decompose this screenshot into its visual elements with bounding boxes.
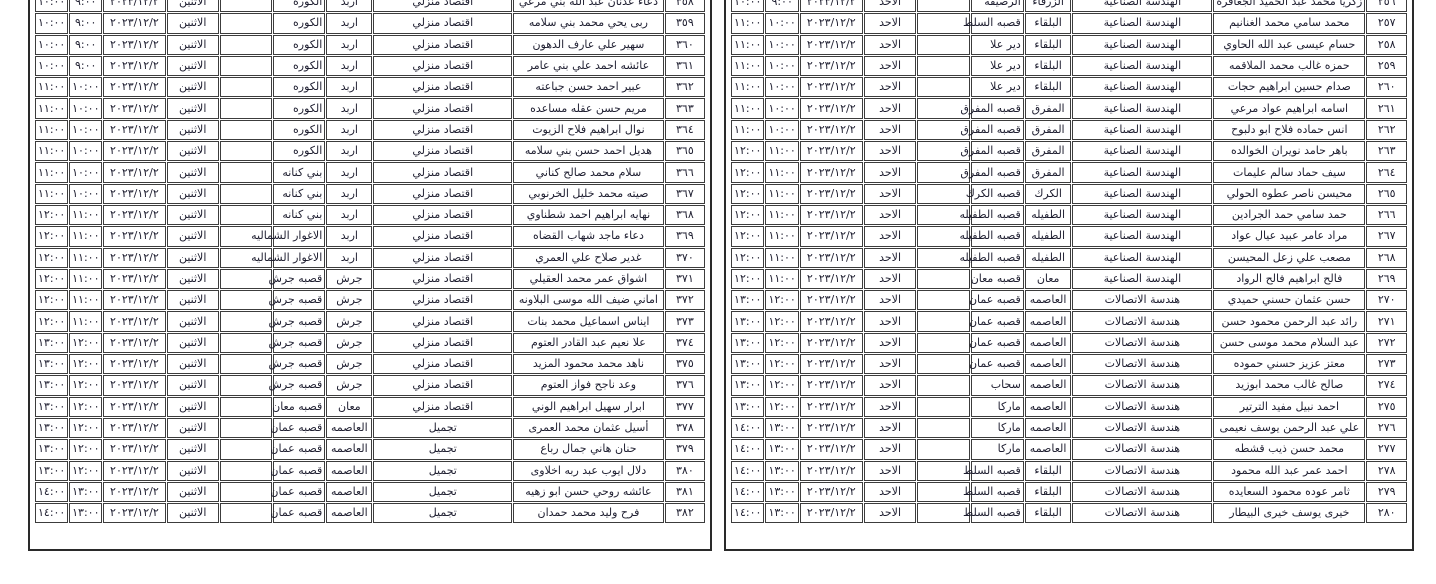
cell-candidate-name: علي عبد الرحمن يوسف نعيمى	[1213, 418, 1365, 438]
cell-exam-date: ٢٠٢٣/١٢/٢	[800, 397, 863, 417]
cell-serial-number: ٢٦٨	[1366, 248, 1407, 268]
cell-time-to: ١٠:٠٠	[731, 0, 764, 12]
cell-specialty: اقتصاد منزلي	[373, 205, 512, 225]
cell-district: قصبه معان	[273, 397, 325, 417]
cell-exam-date: ٢٠٢٣/١٢/٢	[103, 333, 165, 353]
cell-governorate: اربد	[326, 205, 372, 225]
cell-exam-day: الاثنين	[167, 482, 219, 502]
cell-district: دير علا	[971, 35, 1024, 55]
cell-serial-number: ٢٦٦	[1366, 205, 1407, 225]
cell-time-from: ١٢:٠٠	[765, 290, 798, 310]
cell-empty	[220, 503, 272, 523]
cell-empty	[220, 311, 272, 331]
cell-time-to: ١٠:٠٠	[35, 35, 68, 55]
cell-serial-number: ٣٧٨	[665, 418, 705, 438]
cell-governorate: اربد	[326, 77, 372, 97]
cell-time-to: ١٢:٠٠	[35, 269, 68, 289]
cell-time-from: ١٢:٠٠	[765, 375, 798, 395]
cell-exam-day: الاحد	[864, 397, 917, 417]
cell-specialty: الهندسة الصناعية	[1072, 56, 1212, 76]
cell-district: ماركا	[971, 418, 1024, 438]
cell-serial-number: ٣٦٢	[665, 77, 705, 97]
cell-candidate-name: غدير صلاح علي العمري	[513, 248, 664, 268]
cell-district: ماركا	[971, 397, 1024, 417]
cell-time-to: ١١:٠٠	[35, 98, 68, 118]
cell-exam-day: الاحد	[864, 375, 917, 395]
cell-empty	[220, 0, 272, 12]
cell-specialty: تجميل	[373, 503, 512, 523]
cell-time-from: ١٠:٠٠	[765, 77, 798, 97]
cell-specialty: الهندسة الصناعية	[1072, 162, 1212, 182]
cell-time-from: ١٣:٠٠	[69, 503, 102, 523]
cell-specialty: هندسة الاتصالات	[1072, 418, 1212, 438]
cell-time-to: ١٤:٠٠	[731, 418, 764, 438]
cell-exam-date: ٢٠٢٣/١٢/٢	[800, 162, 863, 182]
cell-exam-date: ٢٠٢٣/١٢/٢	[103, 0, 165, 12]
cell-governorate: اربد	[326, 13, 372, 33]
cell-serial-number: ٣٨١	[665, 482, 705, 502]
cell-empty	[917, 184, 970, 204]
cell-time-from: ١٣:٠٠	[765, 461, 798, 481]
cell-time-to: ١١:٠٠	[35, 141, 68, 161]
cell-exam-day: الاحد	[864, 35, 917, 55]
cell-time-to: ١٣:٠٠	[35, 354, 68, 374]
cell-serial-number: ٢٨٠	[1366, 503, 1407, 523]
table-row: ١٣:٠٠ ١٢:٠٠ ٢٠٢٣/١٢/٢ الاثنين قصبه جرش ج…	[35, 354, 705, 374]
cell-governorate: العاصمه	[1025, 311, 1072, 331]
cell-serial-number: ٢٦٤	[1366, 162, 1407, 182]
cell-candidate-name: اسامه ابراهيم عواد مرعي	[1213, 98, 1365, 118]
cell-empty	[220, 375, 272, 395]
table-row: ١١:٠٠ ١٠:٠٠ ٢٠٢٣/١٢/٢ الاثنين الكوره ارب…	[35, 77, 705, 97]
cell-exam-day: الاحد	[864, 418, 917, 438]
cell-district: الرصيفه	[971, 0, 1024, 12]
cell-governorate: البلقاء	[1025, 13, 1072, 33]
table-row: ١٢:٠٠ ١١:٠٠ ٢٠٢٣/١٢/٢ الاثنين قصبه جرش ج…	[35, 269, 705, 289]
cell-district: الاغوار الشماليه	[273, 226, 325, 246]
cell-serial-number: ٣٦٩	[665, 226, 705, 246]
cell-specialty: هندسة الاتصالات	[1072, 503, 1212, 523]
cell-exam-day: الاحد	[864, 354, 917, 374]
cell-specialty: هندسة الاتصالات	[1072, 397, 1212, 417]
cell-exam-date: ٢٠٢٣/١٢/٢	[103, 162, 165, 182]
cell-time-to: ١١:٠٠	[731, 77, 764, 97]
cell-specialty: اقتصاد منزلي	[373, 311, 512, 331]
cell-time-from: ١٢:٠٠	[69, 418, 102, 438]
cell-serial-number: ٣٦٣	[665, 98, 705, 118]
cell-specialty: الهندسة الصناعية	[1072, 13, 1212, 33]
cell-exam-day: الاحد	[864, 482, 917, 502]
cell-empty	[220, 461, 272, 481]
cell-time-from: ١٣:٠٠	[765, 482, 798, 502]
cell-district: قصبه عمان	[273, 461, 325, 481]
cell-governorate: معان	[326, 397, 372, 417]
cell-governorate: جرش	[326, 311, 372, 331]
cell-governorate: جرش	[326, 375, 372, 395]
cell-exam-date: ٢٠٢٣/١٢/٢	[103, 461, 165, 481]
cell-specialty: اقتصاد منزلي	[373, 226, 512, 246]
cell-time-from: ١٣:٠٠	[765, 418, 798, 438]
cell-exam-day: الاثنين	[167, 461, 219, 481]
cell-time-to: ١٣:٠٠	[731, 397, 764, 417]
cell-specialty: اقتصاد منزلي	[373, 98, 512, 118]
cell-exam-day: الاثنين	[167, 162, 219, 182]
cell-governorate: البلقاء	[1025, 461, 1072, 481]
table-row: ١١:٠٠ ١٠:٠٠ ٢٠٢٣/١٢/٢ الاثنين الكوره ارب…	[35, 141, 705, 161]
cell-time-to: ١١:٠٠	[731, 120, 764, 140]
cell-empty	[220, 13, 272, 33]
cell-time-from: ١١:٠٠	[765, 184, 798, 204]
cell-candidate-name: ربى يحي محمد بني سلامه	[513, 13, 664, 33]
cell-serial-number: ٢٧٣	[1366, 354, 1407, 374]
cell-district: سحاب	[971, 375, 1024, 395]
cell-exam-date: ٢٠٢٣/١٢/٢	[800, 461, 863, 481]
cell-serial-number: ٣٧٧	[665, 397, 705, 417]
cell-governorate: العاصمه	[1025, 439, 1072, 459]
cell-exam-date: ٢٠٢٣/١٢/٢	[103, 290, 165, 310]
cell-governorate: الزرقاء	[1025, 0, 1072, 12]
document-viewport: ١٠:٠٠ ٩:٠٠ ٢٠٢٣/١٢/٢ الاثنين الكوره اربد…	[0, 0, 1436, 584]
cell-exam-day: الاحد	[864, 311, 917, 331]
cell-governorate: اربد	[326, 184, 372, 204]
cell-specialty: الهندسة الصناعية	[1072, 77, 1212, 97]
cell-governorate: العاصمه	[1025, 354, 1072, 374]
cell-district: قصبه عمان	[273, 439, 325, 459]
cell-specialty: اقتصاد منزلي	[373, 77, 512, 97]
page-left: ١٠:٠٠ ٩:٠٠ ٢٠٢٣/١٢/٢ الاثنين الكوره اربد…	[28, 0, 712, 551]
cell-governorate: العاصمه	[326, 418, 372, 438]
table-row: ١١:٠٠ ١٠:٠٠ ٢٠٢٣/١٢/٢ الاحد دير علا البل…	[731, 56, 1407, 76]
table-row: ١٣:٠٠ ١٢:٠٠ ٢٠٢٣/١٢/٢ الاثنين قصبه عمان …	[35, 439, 705, 459]
cell-exam-date: ٢٠٢٣/١٢/٢	[103, 397, 165, 417]
cell-serial-number: ٢٦٥	[1366, 184, 1407, 204]
cell-specialty: اقتصاد منزلي	[373, 269, 512, 289]
cell-district: قصبه عمان	[273, 418, 325, 438]
cell-candidate-name: نهايه ابراهيم احمد شطناوي	[513, 205, 664, 225]
cell-district: قصبه جرش	[273, 290, 325, 310]
cell-governorate: معان	[1025, 269, 1072, 289]
cell-serial-number: ٣٧٥	[665, 354, 705, 374]
cell-serial-number: ٣٨٢	[665, 503, 705, 523]
table-row: ١١:٠٠ ١٠:٠٠ ٢٠٢٣/١٢/٢ الاحد دير علا البل…	[731, 77, 1407, 97]
cell-serial-number: ٢٧٢	[1366, 333, 1407, 353]
cell-exam-day: الاثنين	[167, 205, 219, 225]
cell-exam-day: الاثنين	[167, 418, 219, 438]
cell-governorate: جرش	[326, 290, 372, 310]
cell-exam-day: الاحد	[864, 503, 917, 523]
cell-serial-number: ٢٧١	[1366, 311, 1407, 331]
cell-specialty: اقتصاد منزلي	[373, 333, 512, 353]
cell-governorate: البلقاء	[1025, 77, 1072, 97]
cell-candidate-name: مريم حسن عقله مساعده	[513, 98, 664, 118]
cell-district: قصبه المفرق	[971, 162, 1024, 182]
cell-district: بني كنانه	[273, 205, 325, 225]
cell-exam-date: ٢٠٢٣/١٢/٢	[103, 13, 165, 33]
cell-candidate-name: محمد حسن ذيب قشطه	[1213, 439, 1365, 459]
cell-governorate: اربد	[326, 226, 372, 246]
cell-governorate: العاصمه	[326, 482, 372, 502]
table-body-left: ١٠:٠٠ ٩:٠٠ ٢٠٢٣/١٢/٢ الاثنين الكوره اربد…	[35, 0, 705, 523]
cell-serial-number: ٢٦٠	[1366, 77, 1407, 97]
table-row: ١٢:٠٠ ١١:٠٠ ٢٠٢٣/١٢/٢ الاثنين بني كنانه …	[35, 205, 705, 225]
cell-exam-date: ٢٠٢٣/١٢/٢	[103, 141, 165, 161]
cell-time-from: ١٢:٠٠	[765, 311, 798, 331]
table-row: ١٢:٠٠ ١١:٠٠ ٢٠٢٣/١٢/٢ الاحد قصبه معان مع…	[731, 269, 1407, 289]
cell-candidate-name: محيسن ناصر عطوه الحولي	[1213, 184, 1365, 204]
cell-exam-date: ٢٠٢٣/١٢/٢	[800, 248, 863, 268]
cell-district: قصبه عمان	[971, 290, 1024, 310]
cell-governorate: اربد	[326, 141, 372, 161]
cell-specialty: تجميل	[373, 439, 512, 459]
cell-specialty: تجميل	[373, 418, 512, 438]
table-row: ١١:٠٠ ١٠:٠٠ ٢٠٢٣/١٢/٢ الاحد قصبه السلط ا…	[731, 13, 1407, 33]
cell-time-to: ١١:٠٠	[731, 56, 764, 76]
cell-time-to: ١٤:٠٠	[731, 439, 764, 459]
cell-time-from: ١١:٠٠	[765, 141, 798, 161]
cell-governorate: البلقاء	[1025, 503, 1072, 523]
cell-district: قصبه المفرق	[971, 120, 1024, 140]
cell-time-from: ١٠:٠٠	[765, 98, 798, 118]
cell-exam-date: ٢٠٢٣/١٢/٢	[800, 0, 863, 12]
cell-district: قصبه جرش	[273, 333, 325, 353]
cell-candidate-name: حمزه غالب محمد الملاقمه	[1213, 56, 1365, 76]
cell-candidate-name: عائشه احمد علي بني عامر	[513, 56, 664, 76]
cell-governorate: الكرك	[1025, 184, 1072, 204]
cell-serial-number: ٣٦٨	[665, 205, 705, 225]
cell-governorate: الطفيله	[1025, 248, 1072, 268]
cell-specialty: الهندسة الصناعية	[1072, 0, 1212, 12]
cell-serial-number: ٢٥٩	[1366, 56, 1407, 76]
table-row: ١٤:٠٠ ١٣:٠٠ ٢٠٢٣/١٢/٢ الاحد ماركا العاصم…	[731, 439, 1407, 459]
cell-empty	[917, 77, 970, 97]
cell-specialty: اقتصاد منزلي	[373, 35, 512, 55]
cell-time-to: ١٣:٠٠	[35, 461, 68, 481]
cell-time-from: ١٠:٠٠	[69, 162, 102, 182]
cell-time-from: ١٠:٠٠	[69, 77, 102, 97]
cell-exam-day: الاثنين	[167, 248, 219, 268]
cell-time-from: ١٠:٠٠	[69, 141, 102, 161]
cell-candidate-name: احمد عمر عبد الله محمود	[1213, 461, 1365, 481]
cell-empty	[220, 77, 272, 97]
cell-governorate: العاصمه	[326, 503, 372, 523]
cell-time-from: ١١:٠٠	[765, 226, 798, 246]
exam-schedule-table-right: ١٠:٠٠ ٩:٠٠ ٢٠٢٣/١٢/٢ الاحد الرصيفه الزرق…	[730, 0, 1408, 524]
cell-time-to: ١٣:٠٠	[731, 333, 764, 353]
cell-district: قصبه الطفيله	[971, 205, 1024, 225]
cell-time-to: ١٣:٠٠	[731, 311, 764, 331]
table-row: ١١:٠٠ ١٠:٠٠ ٢٠٢٣/١٢/٢ الاحد قصبه المفرق …	[731, 120, 1407, 140]
cell-district: الاغوار الشماليه	[273, 248, 325, 268]
cell-exam-day: الاحد	[864, 290, 917, 310]
cell-serial-number: ٢٧٧	[1366, 439, 1407, 459]
cell-candidate-name: هديل احمد حسن بني سلامه	[513, 141, 664, 161]
cell-exam-day: الاحد	[864, 439, 917, 459]
cell-time-to: ١١:٠٠	[35, 162, 68, 182]
cell-exam-day: الاثنين	[167, 0, 219, 12]
cell-candidate-name: رائد عبد الرحمن محمود حسن	[1213, 311, 1365, 331]
cell-time-from: ١٣:٠٠	[69, 482, 102, 502]
cell-candidate-name: انس حماده فلاح ابو دلبوح	[1213, 120, 1365, 140]
cell-time-to: ١١:٠٠	[35, 120, 68, 140]
cell-district: الكوره	[273, 13, 325, 33]
table-row: ١١:٠٠ ١٠:٠٠ ٢٠٢٣/١٢/٢ الاحد قصبه المفرق …	[731, 98, 1407, 118]
cell-empty	[220, 98, 272, 118]
cell-specialty: اقتصاد منزلي	[373, 290, 512, 310]
cell-district: الكوره	[273, 120, 325, 140]
cell-empty	[917, 311, 970, 331]
cell-governorate: البلقاء	[1025, 482, 1072, 502]
cell-empty	[917, 375, 970, 395]
cell-governorate: جرش	[326, 354, 372, 374]
table-row: ١١:٠٠ ١٠:٠٠ ٢٠٢٣/١٢/٢ الاثنين الكوره ارب…	[35, 120, 705, 140]
cell-empty	[220, 120, 272, 140]
cell-specialty: هندسة الاتصالات	[1072, 461, 1212, 481]
cell-serial-number: ٢٧٠	[1366, 290, 1407, 310]
cell-time-from: ١١:٠٠	[69, 226, 102, 246]
cell-time-from: ٩:٠٠	[69, 0, 102, 12]
cell-exam-date: ٢٠٢٣/١٢/٢	[103, 77, 165, 97]
cell-time-to: ١٣:٠٠	[731, 290, 764, 310]
cell-empty	[917, 439, 970, 459]
cell-exam-day: الاثنين	[167, 333, 219, 353]
cell-serial-number: ٢٧٨	[1366, 461, 1407, 481]
cell-time-from: ١٢:٠٠	[69, 397, 102, 417]
cell-exam-day: الاثنين	[167, 311, 219, 331]
cell-candidate-name: أسيل عثمان محمد العمرى	[513, 418, 664, 438]
cell-time-to: ١٠:٠٠	[35, 56, 68, 76]
cell-empty	[220, 439, 272, 459]
cell-governorate: البلقاء	[1025, 35, 1072, 55]
cell-serial-number: ٢٧٦	[1366, 418, 1407, 438]
cell-candidate-name: مراد عامر عبيد عيال عواد	[1213, 226, 1365, 246]
cell-exam-date: ٢٠٢٣/١٢/٢	[800, 269, 863, 289]
table-row: ١٣:٠٠ ١٢:٠٠ ٢٠٢٣/١٢/٢ الاثنين قصبه عمان …	[35, 461, 705, 481]
cell-district: قصبه السلط	[971, 461, 1024, 481]
cell-exam-date: ٢٠٢٣/١٢/٢	[103, 226, 165, 246]
cell-serial-number: ٢٧٩	[1366, 482, 1407, 502]
cell-empty	[220, 184, 272, 204]
cell-specialty: هندسة الاتصالات	[1072, 439, 1212, 459]
cell-exam-date: ٢٠٢٣/١٢/٢	[800, 354, 863, 374]
cell-exam-date: ٢٠٢٣/١٢/٢	[800, 226, 863, 246]
table-row: ١٤:٠٠ ١٣:٠٠ ٢٠٢٣/١٢/٢ الاثنين قصبه عمان …	[35, 482, 705, 502]
table-row: ١٣:٠٠ ١٢:٠٠ ٢٠٢٣/١٢/٢ الاحد سحاب العاصمه…	[731, 375, 1407, 395]
cell-specialty: تجميل	[373, 482, 512, 502]
table-row: ١٣:٠٠ ١٢:٠٠ ٢٠٢٣/١٢/٢ الاثنين قصبه جرش ج…	[35, 375, 705, 395]
cell-exam-date: ٢٠٢٣/١٢/٢	[800, 77, 863, 97]
cell-exam-day: الاحد	[864, 248, 917, 268]
cell-exam-day: الاثنين	[167, 375, 219, 395]
cell-governorate: العاصمه	[1025, 418, 1072, 438]
cell-time-to: ١٣:٠٠	[35, 375, 68, 395]
cell-specialty: هندسة الاتصالات	[1072, 290, 1212, 310]
cell-candidate-name: حمد سامي حمد الجرادين	[1213, 205, 1365, 225]
exam-schedule-table-left: ١٠:٠٠ ٩:٠٠ ٢٠٢٣/١٢/٢ الاثنين الكوره اربد…	[34, 0, 706, 524]
cell-time-from: ١١:٠٠	[69, 290, 102, 310]
cell-time-from: ١٠:٠٠	[765, 35, 798, 55]
cell-exam-day: الاثنين	[167, 141, 219, 161]
cell-district: قصبه المفرق	[971, 98, 1024, 118]
cell-exam-date: ٢٠٢٣/١٢/٢	[103, 98, 165, 118]
cell-time-from: ١١:٠٠	[765, 248, 798, 268]
cell-time-from: ١٣:٠٠	[765, 503, 798, 523]
cell-time-to: ١١:٠٠	[35, 184, 68, 204]
table-row: ١٠:٠٠ ٩:٠٠ ٢٠٢٣/١٢/٢ الاثنين الكوره اربد…	[35, 56, 705, 76]
cell-time-to: ١٤:٠٠	[731, 482, 764, 502]
cell-time-from: ١١:٠٠	[69, 205, 102, 225]
cell-exam-day: الاحد	[864, 56, 917, 76]
cell-governorate: الطفيله	[1025, 205, 1072, 225]
cell-candidate-name: نوال ابراهيم فلاح الزيوت	[513, 120, 664, 140]
cell-exam-day: الاحد	[864, 205, 917, 225]
cell-exam-day: الاحد	[864, 226, 917, 246]
cell-exam-day: الاثنين	[167, 35, 219, 55]
cell-candidate-name: عبد السلام محمد موسى حسن	[1213, 333, 1365, 353]
cell-candidate-name: عائشه روحي حسن ابو زهيه	[513, 482, 664, 502]
cell-exam-date: ٢٠٢٣/١٢/٢	[800, 375, 863, 395]
cell-exam-date: ٢٠٢٣/١٢/٢	[103, 120, 165, 140]
cell-serial-number: ٣٦٥	[665, 141, 705, 161]
cell-specialty: الهندسة الصناعية	[1072, 205, 1212, 225]
table-row: ١٣:٠٠ ١٢:٠٠ ٢٠٢٣/١٢/٢ الاحد قصبه عمان ال…	[731, 311, 1407, 331]
cell-exam-day: الاحد	[864, 98, 917, 118]
cell-time-from: ١١:٠٠	[69, 269, 102, 289]
cell-exam-date: ٢٠٢٣/١٢/٢	[103, 248, 165, 268]
cell-governorate: المفرق	[1025, 141, 1072, 161]
cell-district: قصبه الكرك	[971, 184, 1024, 204]
cell-candidate-name: حسن عثمان حسني حميدي	[1213, 290, 1365, 310]
cell-specialty: اقتصاد منزلي	[373, 354, 512, 374]
cell-candidate-name: فرح وليد محمد حمدان	[513, 503, 664, 523]
cell-exam-day: الاثنين	[167, 397, 219, 417]
cell-empty	[220, 205, 272, 225]
cell-candidate-name: ناهد محمد محمود المزيد	[513, 354, 664, 374]
cell-specialty: اقتصاد منزلي	[373, 0, 512, 12]
cell-candidate-name: سلام محمد صالح كناني	[513, 162, 664, 182]
cell-empty	[917, 333, 970, 353]
cell-specialty: اقتصاد منزلي	[373, 184, 512, 204]
cell-governorate: الطفيله	[1025, 226, 1072, 246]
cell-serial-number: ٢٦٣	[1366, 141, 1407, 161]
cell-district: قصبه السلط	[971, 482, 1024, 502]
cell-time-to: ١٣:٠٠	[731, 354, 764, 374]
cell-time-to: ١٣:٠٠	[35, 397, 68, 417]
cell-exam-date: ٢٠٢٣/١٢/٢	[800, 205, 863, 225]
cell-specialty: اقتصاد منزلي	[373, 141, 512, 161]
cell-serial-number: ٢٥٦	[1366, 0, 1407, 12]
cell-serial-number: ٢٧٤	[1366, 375, 1407, 395]
cell-time-to: ١١:٠٠	[731, 13, 764, 33]
cell-district: قصبه عمان	[273, 503, 325, 523]
table-row: ١٢:٠٠ ١١:٠٠ ٢٠٢٣/١٢/٢ الاحد قصبه الطفيله…	[731, 248, 1407, 268]
cell-candidate-name: ايناس اسماعيل محمد بنات	[513, 311, 664, 331]
cell-specialty: الهندسة الصناعية	[1072, 35, 1212, 55]
cell-time-to: ١٢:٠٠	[35, 226, 68, 246]
cell-exam-date: ٢٠٢٣/١٢/٢	[103, 354, 165, 374]
cell-time-to: ١٢:٠٠	[35, 205, 68, 225]
cell-district: قصبه الطفيله	[971, 248, 1024, 268]
table-row: ١٢:٠٠ ١١:٠٠ ٢٠٢٣/١٢/٢ الاثنين الاغوار ال…	[35, 248, 705, 268]
cell-empty	[220, 290, 272, 310]
cell-empty	[917, 418, 970, 438]
cell-serial-number: ٣٧١	[665, 269, 705, 289]
cell-district: بني كنانه	[273, 162, 325, 182]
cell-empty	[917, 354, 970, 374]
cell-time-to: ١٢:٠٠	[35, 248, 68, 268]
cell-exam-date: ٢٠٢٣/١٢/٢	[103, 269, 165, 289]
cell-district: قصبه عمان	[273, 482, 325, 502]
cell-serial-number: ٢٦١	[1366, 98, 1407, 118]
